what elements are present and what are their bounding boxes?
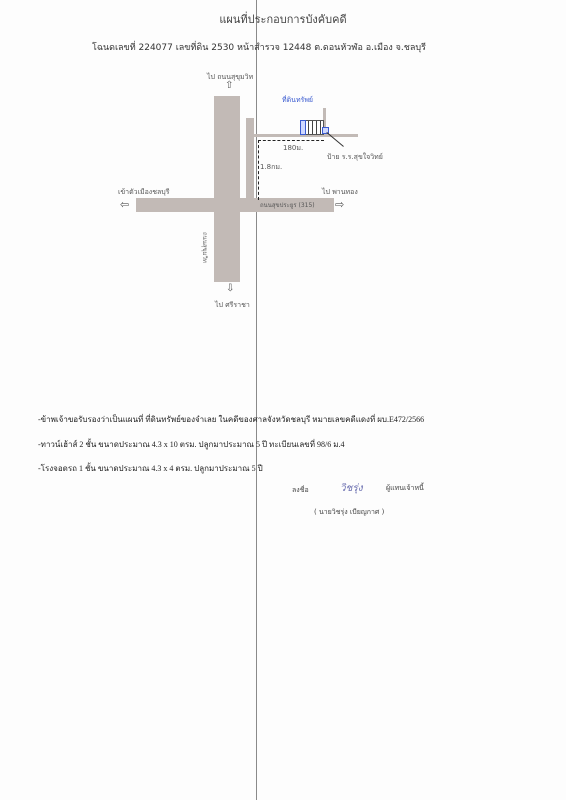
vertical-distance-line (258, 140, 259, 200)
side-road-vertical (246, 118, 254, 210)
note-carport: -โรงจอดรถ 1 ชั้น ขนาดประมาณ 4.3 x 4 ตรม.… (38, 462, 263, 475)
cross-road-label: ถนนสุขประยูร (315) (260, 200, 315, 210)
vertical-distance-label: 1.8กม. (260, 162, 282, 173)
main-road-label: ถนนสุขุมวิท (200, 232, 210, 263)
main-road-vertical (214, 96, 240, 282)
property-label: ที่ดินทรัพย์ (282, 95, 313, 106)
signature-scribble: วิชรุ่ง (340, 481, 363, 496)
south-direction-label: ไป ศรีราชา (215, 300, 250, 311)
property-marker-icon (300, 120, 306, 135)
note-townhouse: -ทาวน์เฮ้าส์ 2 ชั้น ขนาดประมาณ 4.3 x 10 … (38, 438, 344, 451)
note-certification: -ข้าพเจ้าขอรับรองว่าเป็นแผนที่ ที่ดินทรั… (38, 413, 424, 426)
horizontal-distance-label: 180ม. (283, 143, 303, 154)
sign-label: ป้าย ร.ร.สุขใจวิทย์ (327, 152, 383, 163)
document-title: แผนที่ประกอบการบังคับคดี (0, 10, 566, 28)
north-arrow-icon: ⇧ (225, 80, 233, 91)
south-arrow-icon: ⇩ (226, 283, 234, 294)
west-arrow-icon: ⇦ (120, 198, 129, 211)
signature-label: ลงชื่อ (292, 485, 309, 496)
west-direction-label: เข้าตัวเมืองชลบุรี (118, 187, 169, 198)
horizontal-distance-line (258, 140, 324, 141)
location-map: ถนนสุขุมวิท ถนนสุขประยูร (315) ไป ถนนสุข… (0, 60, 566, 320)
signatory-role: ผู้แทนเจ้าหนี้ (386, 483, 424, 494)
document-subtitle: โฉนดเลขที่ 224077 เลขที่ดิน 2530 หน้าสำร… (92, 40, 426, 54)
east-arrow-icon: ⇨ (335, 198, 344, 211)
signatory-name: ( นายวิชรุ่ง เบียญกาศ ) (314, 507, 384, 518)
east-direction-label: ไป พานทอง (322, 187, 358, 198)
